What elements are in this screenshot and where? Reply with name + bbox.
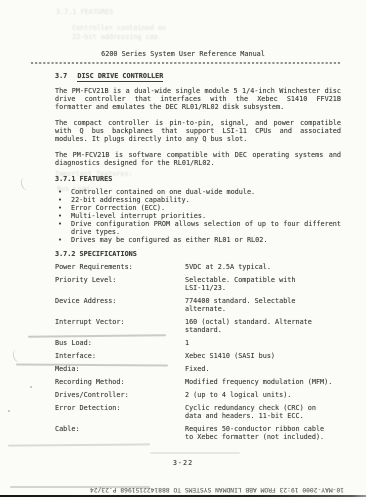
features-list: • Controller contained on one dual-wide … xyxy=(55,188,341,244)
spec-row: Recording Method: Modified frequency mod… xyxy=(55,378,341,386)
scan-bottom-edge-line xyxy=(0,495,366,497)
spec-value: Fixed. xyxy=(185,365,341,373)
bullet-icon: • xyxy=(55,204,71,212)
scan-smudge xyxy=(150,452,240,454)
ghost-bleedthrough-text: 3.7.1 FEATURES Controller contained on 2… xyxy=(56,8,166,42)
specifications-table: Power Requirements: 5VDC at 2.5A typical… xyxy=(55,263,341,441)
manual-title: 6200 Series System User Reference Manual xyxy=(0,50,366,58)
specifications-heading: 3.7.2 SPECIFICATIONS xyxy=(55,250,341,258)
feature-text: Controller contained on one dual-wide mo… xyxy=(71,188,341,196)
feature-list-item: • Error Correction (ECC). xyxy=(55,204,341,212)
bullet-icon: • xyxy=(55,196,71,204)
feature-text: Multi-level interrupt priorities. xyxy=(71,212,341,220)
spec-label: Interrupt Vector: xyxy=(55,318,185,334)
ghost-line: Controller contained on xyxy=(56,24,166,32)
scan-smudge xyxy=(8,443,150,446)
scan-speck xyxy=(30,386,32,388)
spec-value: 1 xyxy=(185,339,341,347)
ghost-line: 3.7.1 FEATURES xyxy=(56,8,166,16)
spec-label: Bus Load: xyxy=(55,339,185,347)
scan-smudge xyxy=(10,486,150,488)
pen-mark xyxy=(12,348,25,363)
spec-value: 2 (up to 4 logical units). xyxy=(185,391,341,399)
spec-value: Modified frequency modulation (MFM). xyxy=(185,378,341,386)
feature-text: 22-bit addressing capability. xyxy=(71,196,341,204)
ghost-line: Bus Load: xyxy=(57,185,94,193)
spec-value: Xebec S1410 (SASI bus) xyxy=(185,352,341,360)
feature-list-item: • Drives may be configured as either RL0… xyxy=(55,236,341,244)
page-content: 3.7 DISC DRIVE CONTROLLER The PM-FCV21B … xyxy=(55,72,341,446)
bullet-icon: • xyxy=(55,220,71,236)
ghost-line: 22-bit addressing cap. xyxy=(56,33,166,41)
body-paragraph: The PM-FCV21B is software compatible wit… xyxy=(55,151,341,167)
section-title: DISC DRIVE CONTROLLER xyxy=(77,72,163,82)
spec-value: 774400 standard. Selectable alternate. xyxy=(185,297,341,313)
spec-row: Media: Fixed. xyxy=(55,365,341,373)
spec-row: Error Detection: Cyclic redundancy check… xyxy=(55,404,341,420)
pen-mark xyxy=(20,176,33,191)
spec-label: Power Requirements: xyxy=(55,263,185,271)
spec-label: Recording Method: xyxy=(55,378,185,386)
feature-list-item: • 22-bit addressing capability. xyxy=(55,196,341,204)
spec-row: Drives/Controller: 2 (up to 4 logical un… xyxy=(55,391,341,399)
spec-value: Selectable. Compatible with LSI-11/23. xyxy=(185,276,341,292)
spec-label: Drives/Controller: xyxy=(55,391,185,399)
feature-list-item: • Multi-level interrupt priorities. xyxy=(55,212,341,220)
spec-row: Interface: Xebec S1410 (SASI bus) xyxy=(55,352,341,360)
spec-row: Device Address: 774400 standard. Selecta… xyxy=(55,297,341,313)
spec-value: 160 (octal) standard. Alternate standard… xyxy=(185,318,341,334)
page-number: 3-22 xyxy=(0,459,366,467)
header-separator-rule: ----------------------------------------… xyxy=(30,59,342,68)
bullet-icon: • xyxy=(55,236,71,244)
feature-text: Drives may be configured as either RL01 … xyxy=(71,236,341,244)
spec-label: Cable: xyxy=(55,425,185,441)
body-paragraph: The compact controller is pin-to-pin, si… xyxy=(55,119,341,143)
feature-list-item: • Drive configuration PROM allows select… xyxy=(55,220,341,236)
spec-value: Requires 50-conductor ribbon cable to Xe… xyxy=(185,425,341,441)
section-number: 3.7 xyxy=(55,72,67,80)
feature-text: Drive configuration PROM allows selectio… xyxy=(71,220,341,236)
spec-label: Priority Level: xyxy=(55,276,185,292)
feature-list-item: • Controller contained on one dual-wide … xyxy=(55,188,341,196)
section-heading: 3.7 DISC DRIVE CONTROLLER xyxy=(55,72,341,80)
spec-row: Cable: Requires 50-conductor ribbon cabl… xyxy=(55,425,341,441)
spec-row: Power Requirements: 5VDC at 2.5A typical… xyxy=(55,263,341,271)
spec-label: Device Address: xyxy=(55,297,185,313)
spec-value: 5VDC at 2.5A typical. xyxy=(185,263,341,271)
spec-row: Priority Level: Selectable. Compatible w… xyxy=(55,276,341,292)
bullet-icon: • xyxy=(55,212,71,220)
ghost-line: Important features: xyxy=(55,170,133,178)
spec-row: Interrupt Vector: 160 (octal) standard. … xyxy=(55,318,341,334)
scanned-manual-page: 3.7.1 FEATURES Controller contained on 2… xyxy=(0,0,366,500)
spec-row: Bus Load: 1 xyxy=(55,339,341,347)
spec-label: Error Detection: xyxy=(55,404,185,420)
body-paragraph: The PM-FCV21B is a dual-wide single modu… xyxy=(55,87,341,111)
spec-value: Cyclic redundancy check (CRC) on data an… xyxy=(185,404,341,420)
scan-speck xyxy=(8,410,10,412)
feature-text: Error Correction (ECC). xyxy=(71,204,341,212)
spec-label: Interface: xyxy=(55,352,185,360)
